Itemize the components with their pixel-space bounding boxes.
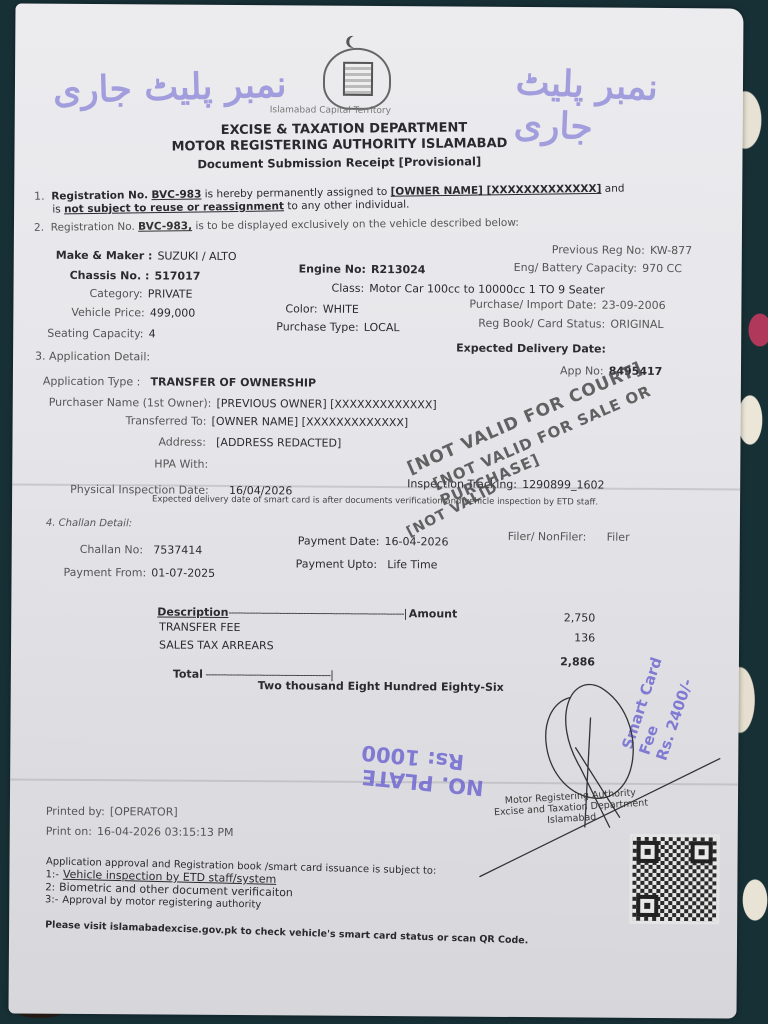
seating-capacity-field: Seating Capacity: 4: [47, 322, 156, 342]
import-date-field: Purchase/ Import Date: 23-09-2006: [469, 293, 665, 313]
address-field: Address: [ADDRESS REDACTED]: [158, 430, 341, 450]
application-type-field: Application Type : TRANSFER OF OWNERSHIP: [43, 370, 316, 391]
hpa-field: HPA With:: [154, 452, 208, 471]
crescent-icon: [349, 36, 361, 48]
payment-from-field: Payment From: 01-07-2025: [64, 561, 216, 581]
previous-reg-field: Previous Reg No: KW-877: [552, 238, 692, 258]
section-1: 1. Registration No. BVC-983 is hereby pe…: [34, 182, 625, 217]
purchase-type-field: Purchase Type: LOCAL: [276, 315, 399, 335]
state-emblem-icon: [323, 48, 391, 110]
total-amount: 2,886: [547, 655, 595, 668]
vehicle-price-field: Vehicle Price: 499,000: [71, 301, 195, 321]
receipt-document: نمبر پلیٹ جاری نمبر پلیٹ جاری Islamabad …: [8, 3, 743, 1018]
fee-amount: 2,750: [547, 611, 595, 624]
fee-description: SALES TAX ARREARS: [159, 638, 274, 652]
make-field: Make & Maker : SUZUKI / ALTO: [56, 244, 237, 264]
description-header: Description: [157, 605, 228, 618]
visit-note: Please visit islamabadexcise.gov.pk to c…: [45, 919, 529, 946]
delivery-note: Expected delivery date of smart card is …: [152, 494, 598, 507]
transferred-to-field: Transferred To: [OWNER NAME] [XXXXXXXXXX…: [126, 409, 409, 430]
color-field: Color: WHITE: [285, 297, 359, 317]
engine-field: Engine No: R213024: [299, 257, 426, 277]
department-title: EXCISE & TAXATION DEPARTMENT: [221, 120, 468, 138]
urdu-stamp-right: نمبر پلیٹ جاری: [513, 61, 744, 154]
expected-delivery-label: Expected Delivery Date:: [456, 342, 606, 356]
section-2-intro: 2. Registration No. BVC-983, is to be di…: [34, 217, 519, 234]
registration-number: BVC-983: [151, 188, 201, 201]
amount-header: Amount: [409, 607, 458, 620]
territory-label: Islamabad Capital Territory: [270, 105, 391, 116]
receipt-title: Document Submission Receipt [Provisional…: [197, 154, 481, 171]
chassis-field: Chassis No. : 517017: [70, 264, 201, 284]
engine-capacity-field: Eng/ Battery Capacity: 970 CC: [514, 256, 682, 276]
filer-field: Filer/ NonFiler: Filer: [508, 525, 630, 545]
authority-title: MOTOR REGISTERING AUTHORITY ISLAMABAD: [171, 136, 507, 155]
urdu-stamp-left: نمبر پلیٹ جاری: [52, 63, 287, 112]
card-status-field: Reg Book/ Card Status: ORIGINAL: [478, 312, 663, 332]
section-4-title: 4. Challan Detail:: [46, 518, 132, 530]
print-on: Print on: 16-04-2026 03:15:13 PM: [46, 820, 234, 840]
fee-description: TRANSFER FEE: [159, 620, 240, 634]
printed-by: Printed by: [OPERATOR]: [46, 800, 178, 820]
receipt-paper: نمبر پلیٹ جاری نمبر پلیٹ جاری Islamabad …: [8, 3, 743, 1018]
payment-upto-field: Payment Upto: Life Time: [296, 552, 438, 572]
fee-amount: 136: [547, 631, 595, 644]
qr-code-icon[interactable]: [629, 834, 720, 925]
challan-no-field: Challan No: 7537414: [80, 538, 203, 558]
section-3-title: 3. Application Detail:: [35, 350, 150, 364]
fee-table-header: Description-----------------------------…: [157, 600, 457, 621]
conditions: Application approval and Registration bo…: [45, 856, 437, 916]
category-field: Category: PRIVATE: [89, 282, 192, 302]
